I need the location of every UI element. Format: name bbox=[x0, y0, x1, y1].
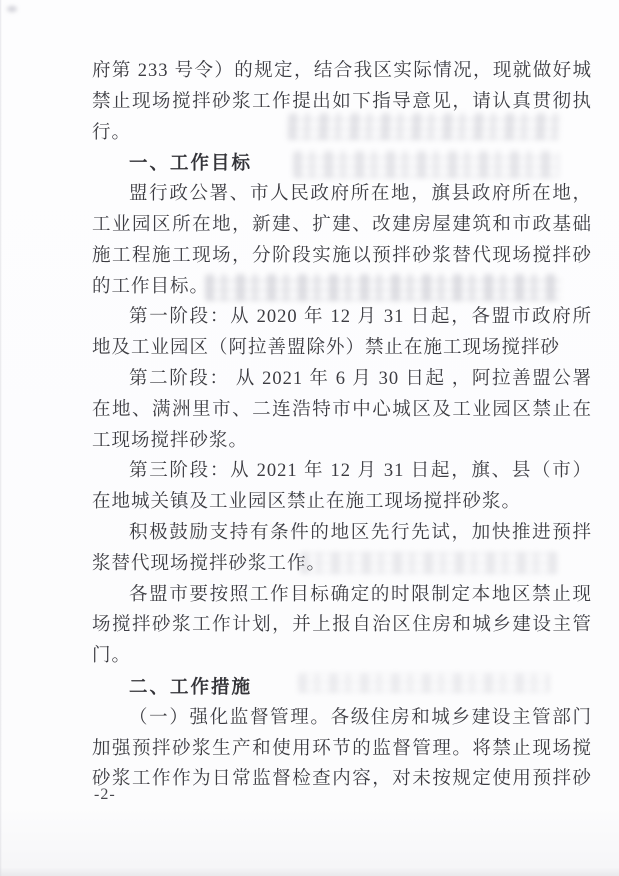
document-line: 加强预拌砂浆生产和使用环节的监督管理。将禁止现场搅拌 bbox=[92, 734, 592, 765]
document-line: 积极鼓励支持有条件的地区先行先试，加快推进预拌砂 bbox=[92, 518, 592, 549]
section-heading-work-measures: 二、工作措施 bbox=[129, 672, 592, 703]
section-heading-work-goals: 一、工作目标 bbox=[129, 148, 592, 179]
document-line: 盟行政公署、市人民政府所在地，旗县政府所在地，各 bbox=[92, 179, 592, 210]
document-line: 工现场搅拌砂浆。 bbox=[92, 426, 592, 457]
document-line: 工业园区所在地，新建、扩建、改建房屋建筑和市政基础设 bbox=[92, 210, 592, 241]
page-number: -2- bbox=[94, 786, 116, 804]
document-line: 府第 233 号令）的规定，结合我区实际情况，现就做好城市 bbox=[92, 56, 592, 87]
document-body: 府第 233 号令）的规定，结合我区实际情况，现就做好城市 禁止现场搅拌砂浆工作… bbox=[92, 56, 592, 795]
document-line: （一）强化监督管理。各级住房和城乡建设主管部门要 bbox=[92, 703, 592, 734]
scanned-document-page: 府第 233 号令）的规定，结合我区实际情况，现就做好城市 禁止现场搅拌砂浆工作… bbox=[0, 0, 619, 876]
document-line-stage-1: 第一阶段：从 2020 年 12 月 31 日起，各盟市政府所在 bbox=[92, 302, 592, 333]
document-line: 门。 bbox=[92, 641, 592, 672]
scan-speck-artifact bbox=[7, 6, 17, 12]
document-line: 砂浆工作作为日常监督检查内容，对未按规定使用预拌砂 bbox=[92, 764, 592, 795]
document-line: 行。 bbox=[92, 118, 592, 149]
document-line: 的工作目标。 bbox=[92, 272, 592, 303]
document-line: 禁止现场搅拌砂浆工作提出如下指导意见，请认真贯彻执 bbox=[92, 87, 592, 118]
document-line: 地及工业园区（阿拉善盟除外）禁止在施工现场搅拌砂浆。 bbox=[92, 333, 592, 364]
document-line: 浆替代现场搅拌砂浆工作。 bbox=[92, 549, 592, 580]
document-line: 在地城关镇及工业园区禁止在施工现场搅拌砂浆。 bbox=[92, 487, 592, 518]
document-line-stage-2: 第二阶段： 从 2021 年 6 月 30 日起 ，阿拉善盟公署所 bbox=[92, 364, 592, 395]
document-line-stage-3: 第三阶段：从 2021 年 12 月 31 日起，旗、县（市）所 bbox=[92, 456, 592, 487]
document-line: 场搅拌砂浆工作计划，并上报自治区住房和城乡建设主管部 bbox=[92, 610, 592, 641]
document-line: 各盟市要按照工作目标确定的时限制定本地区禁止现 bbox=[92, 580, 592, 611]
document-line: 在地、满洲里市、二连浩特市中心城区及工业园区禁止在施 bbox=[92, 395, 592, 426]
document-line: 施工程施工现场，分阶段实施以预拌砂浆替代现场搅拌砂浆 bbox=[92, 241, 592, 272]
